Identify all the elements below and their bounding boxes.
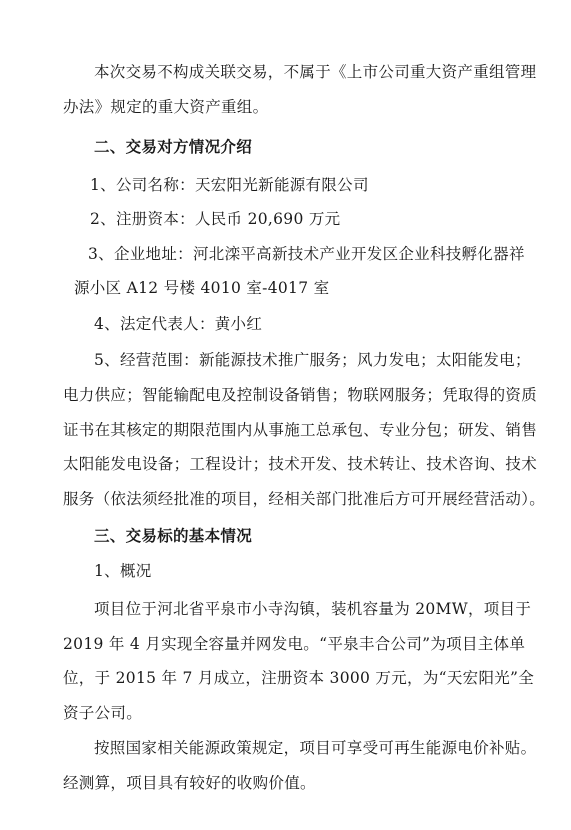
- policy-line-1: 按照国家相关能源政策规定，项目可享受可再生能源电价补贴。: [94, 738, 518, 758]
- policy-line-2: 经测算，项目具有较好的收购价值。: [63, 773, 518, 793]
- overview-line-4: 资子公司。: [63, 703, 518, 723]
- overview-line-1: 项目位于河北省平泉市小寺沟镇，装机容量为 20MW，项目于: [94, 599, 518, 619]
- business-scope-line-5: 服务（依法须经批准的项目，经相关部门批准后方可开展经营活动）。: [63, 489, 518, 509]
- section2-item-registered-capital: 2、注册资本：人民币 20,690 万元: [90, 209, 545, 229]
- business-scope-line-3: 证书在其核定的期限范围内从事施工总承包、专业分包；研发、销售: [63, 420, 518, 440]
- business-scope-line-2: 电力供应；智能输配电及控制设备销售；物联网服务；凭取得的资质: [63, 385, 518, 405]
- section2-item-address-line-2: 源小区 A12 号楼 4010 室-4017 室: [74, 278, 529, 298]
- section3-heading: 三、交易标的基本情况: [94, 526, 549, 546]
- business-scope-line-1: 5、经营范围：新能源技术推广服务；风力发电；太阳能发电；: [94, 350, 518, 370]
- section2-item-legal-rep: 4、法定代表人：黄小红: [94, 314, 549, 334]
- section2-item-address-line-1: 3、企业地址：河北滦平高新技术产业开发区企业科技孵化器祥: [88, 244, 518, 264]
- overview-line-3: 位，于 2015 年 7 月成立，注册资本 3000 万元，为“天宏阳光”全: [63, 668, 518, 688]
- overview-line-2: 2019 年 4 月实现全容量并网发电。“平泉丰合公司”为项目主体单: [63, 634, 518, 654]
- intro-line-2: 办法》规定的重大资产重组。: [63, 97, 518, 117]
- section2-heading: 二、交易对方情况介绍: [94, 137, 549, 157]
- section2-item-company-name: 1、公司名称：天宏阳光新能源有限公司: [90, 175, 545, 195]
- section3-subheading-overview: 1、概况: [94, 561, 549, 581]
- business-scope-line-4: 太阳能发电设备；工程设计；技术开发、技术转让、技术咨询、技术: [63, 454, 518, 474]
- intro-line-1: 本次交易不构成关联交易，不属于《上市公司重大资产重组管理: [94, 62, 518, 82]
